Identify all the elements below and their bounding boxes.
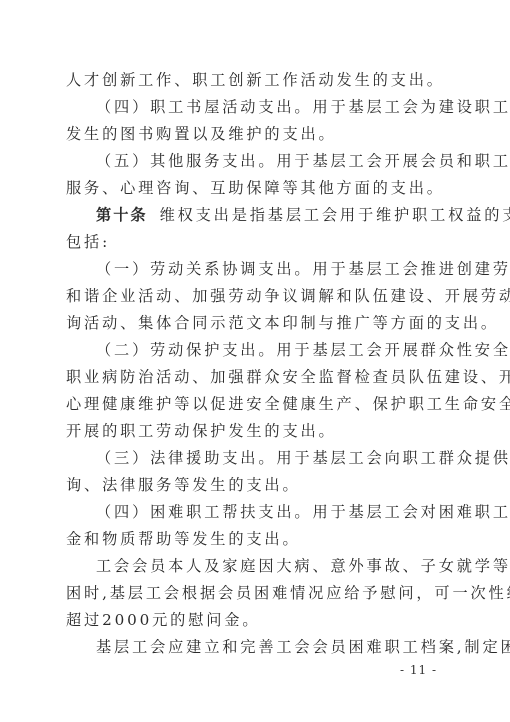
text-line: 困时,基层工会根据会员困难情况应给予慰问，可一次性给予不 (66, 581, 510, 605)
text-line: 职业病防治活动、加强群众安全监督检查员队伍建设、开展职工 (66, 365, 510, 389)
text-line: （二）劳动保护支出。用于基层工会开展群众性安全生产和 (96, 338, 510, 362)
text-line: 工会会员本人及家庭因大病、意外事故、子女就学等原因致 (96, 554, 510, 578)
article-heading: 第十条 (96, 206, 148, 224)
text-line: 人才创新工作、职工创新工作活动发生的支出。 (66, 68, 445, 92)
text-line: 开展的职工劳动保护发生的支出。 (66, 419, 337, 443)
text-line: 金和物质帮助等发生的支出。 (66, 527, 301, 551)
text-line: （一）劳动关系协调支出。用于基层工会推进创建劳动关系 (96, 257, 510, 281)
text-line: 心理健康维护等以促进安全健康生产、保护职工生命安全为宗旨 (66, 392, 510, 416)
text-line: 和谐企业活动、加强劳动争议调解和队伍建设、开展劳动合同咨 (66, 284, 510, 308)
text-line: 询活动、集体合同示范文本印制与推广等方面的支出。 (66, 311, 499, 335)
text-line: （三）法律援助支出。用于基层工会向职工群众提供法律咨 (96, 446, 510, 470)
page-number: - 11 - (400, 663, 437, 677)
text-line: 询、法律服务等发生的支出。 (66, 473, 301, 497)
text-line: 发生的图书购置以及维护的支出。 (66, 122, 337, 146)
article-line: 第十条维权支出是指基层工会用于维护职工权益的支出。 (96, 203, 510, 227)
text-line: 基层工会应建立和完善工会会员困难职工档案,制定困难职 (96, 635, 510, 659)
text-line: （五）其他服务支出。用于基层工会开展会员和职工普惠制 (96, 149, 510, 173)
text-line: 超过2000元的慰问金。 (66, 608, 260, 632)
article-text: 维权支出是指基层工会用于维护职工权益的支出。 (160, 206, 510, 224)
text-line: 服务、心理咨询、互助保障等其他方面的支出。 (66, 176, 445, 200)
text-line: （四）困难职工帮扶支出。用于基层工会对困难职工提供资 (96, 500, 510, 524)
text-line: 包括: (66, 230, 110, 254)
text-line: （四）职工书屋活动支出。用于基层工会为建设职工书屋而 (96, 95, 510, 119)
